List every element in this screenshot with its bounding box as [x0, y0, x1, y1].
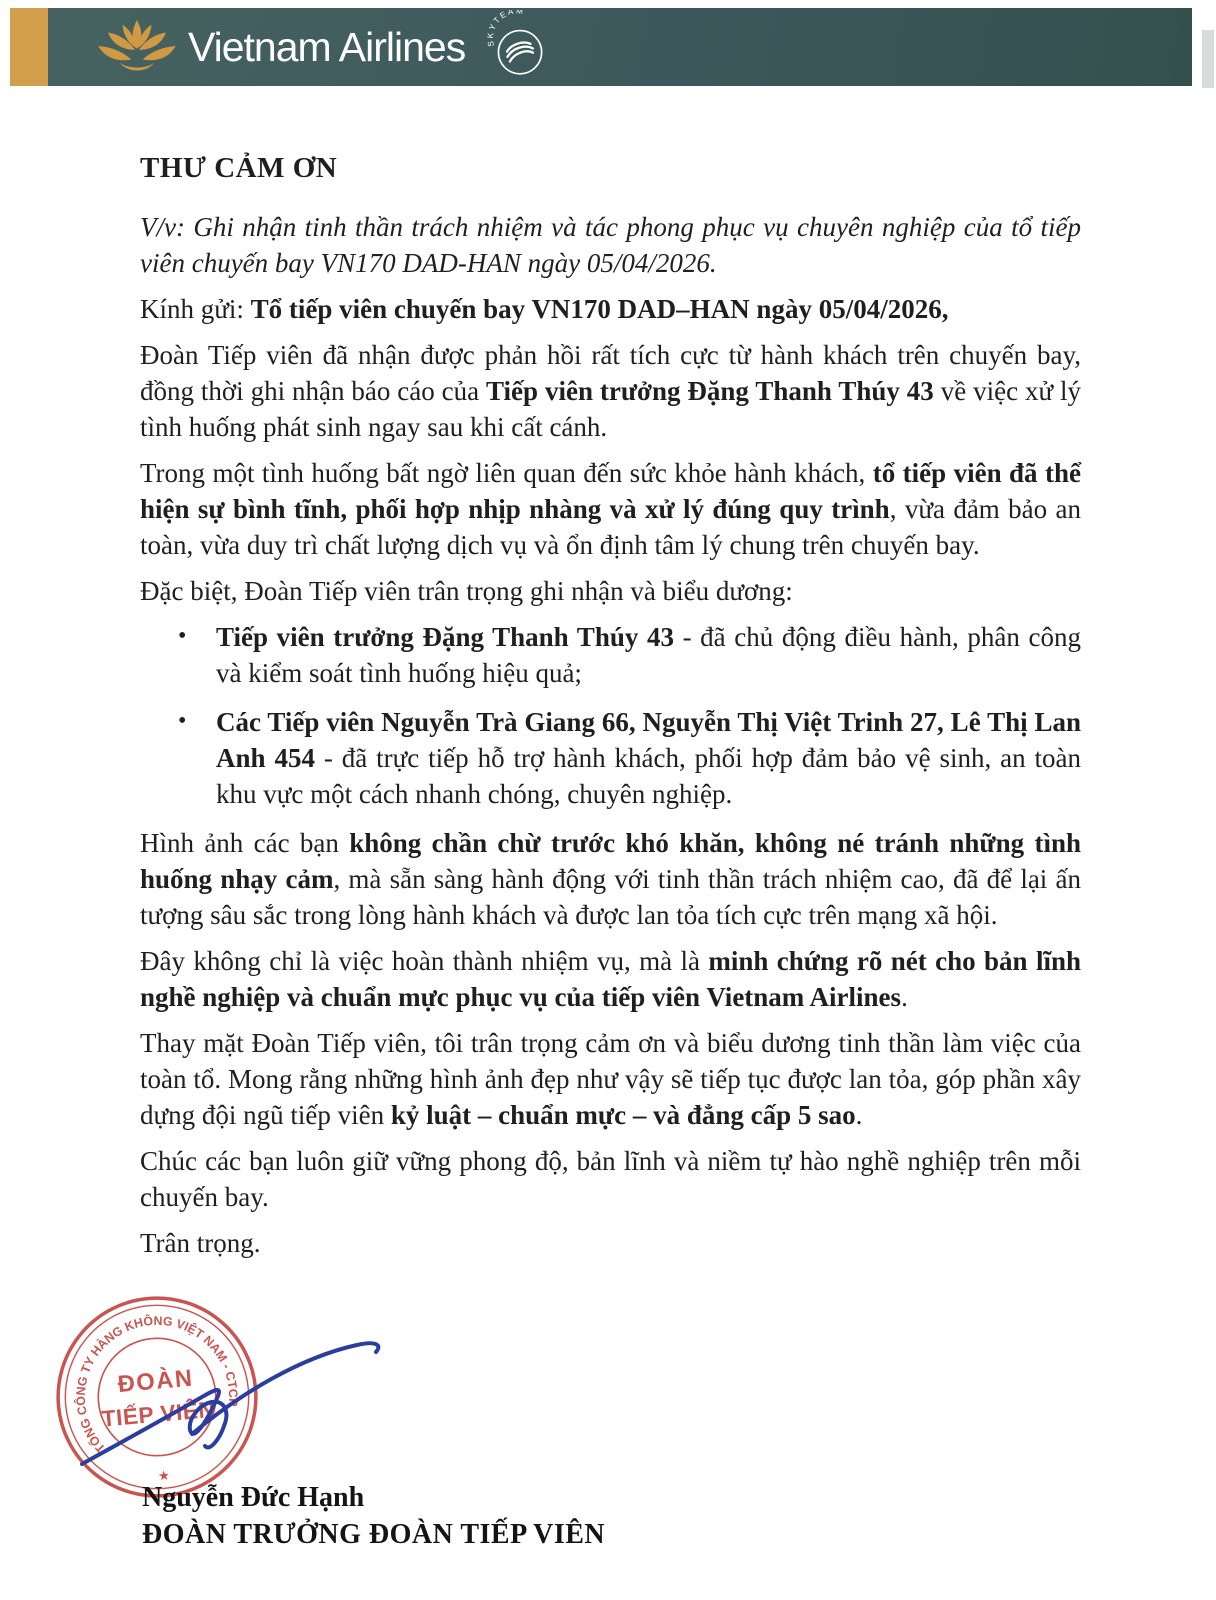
paragraph: Thay mặt Đoàn Tiếp viên, tôi trân trọng … — [140, 1025, 1081, 1133]
paragraph: Đây không chỉ là việc hoàn thành nhiệm v… — [140, 943, 1081, 1015]
text-segment: V/v: Ghi nhận tinh thần trách nhiệm và t… — [140, 212, 1081, 278]
paragraph: Đặc biệt, Đoàn Tiếp viên trân trọng ghi … — [140, 573, 1081, 609]
skyteam-arc-text: SKYTEAM — [486, 10, 526, 47]
text-segment: Hình ảnh các bạn — [140, 828, 349, 858]
bullet-marker-icon: • — [178, 618, 186, 654]
letter-body: THƯ CẢM ƠN V/v: Ghi nhận tinh thần trách… — [140, 152, 1081, 1271]
header-bar-inner: Vietnam Airlines SKYTEAM — [48, 8, 1192, 86]
text-segment: - đã trực tiếp hỗ trợ hành khách, phối h… — [216, 743, 1081, 809]
subject-line: V/v: Ghi nhận tinh thần trách nhiệm và t… — [140, 209, 1081, 281]
scan-edge-artifact — [1202, 30, 1214, 88]
signature-ink — [62, 1312, 402, 1472]
text-segment: Chúc các bạn luôn giữ vững phong độ, bản… — [140, 1146, 1081, 1212]
closing: Trân trọng. — [140, 1225, 1081, 1261]
signer-title: ĐOÀN TRƯỞNG ĐOÀN TIẾP VIÊN — [142, 1516, 605, 1554]
paragraph: Hình ảnh các bạn không chần chừ trước kh… — [140, 825, 1081, 933]
brand-wordmark: Vietnam Airlines — [188, 24, 465, 71]
text-segment: Trân trọng. — [140, 1228, 261, 1258]
text-segment: . — [901, 982, 908, 1012]
gold-stripe — [10, 8, 48, 86]
bullet-marker-icon: • — [178, 703, 186, 739]
bullet-item: •Tiếp viên trưởng Đặng Thanh Thúy 43 - đ… — [216, 619, 1081, 691]
letter-title: THƯ CẢM ƠN — [140, 152, 1081, 185]
signer-name: Nguyễn Đức Hạnh — [142, 1480, 605, 1516]
text-segment: . — [856, 1100, 863, 1130]
text-segment: Trong một tình huống bất ngờ liên quan đ… — [140, 458, 873, 488]
paragraph: Chúc các bạn luôn giữ vững phong độ, bản… — [140, 1143, 1081, 1215]
text-segment: Đặc biệt, Đoàn Tiếp viên trân trọng ghi … — [140, 576, 793, 606]
salutation: Kính gửi: Tổ tiếp viên chuyến bay VN170 … — [140, 291, 1081, 327]
skyteam-logo-icon: SKYTEAM — [483, 10, 555, 82]
header-bar: Vietnam Airlines SKYTEAM — [10, 8, 1192, 86]
letter-blocks: V/v: Ghi nhận tinh thần trách nhiệm và t… — [140, 209, 1081, 1261]
text-segment: Kính gửi: — [140, 294, 251, 324]
text-segment: Tiếp viên trưởng Đặng Thanh Thúy 43 — [216, 622, 674, 652]
signer-block: Nguyễn Đức Hạnh ĐOÀN TRƯỞNG ĐOÀN TIẾP VI… — [142, 1480, 605, 1554]
text-segment: Đây không chỉ là việc hoàn thành nhiệm v… — [140, 946, 708, 976]
letter-page: Vietnam Airlines SKYTEAM THƯ CẢM ƠN V/v:… — [0, 0, 1216, 1600]
text-segment: Tổ tiếp viên chuyến bay VN170 DAD–HAN ng… — [251, 294, 949, 324]
bullet-list: •Tiếp viên trưởng Đặng Thanh Thúy 43 - đ… — [140, 619, 1081, 812]
bullet-item: •Các Tiếp viên Nguyễn Trà Giang 66, Nguy… — [216, 704, 1081, 812]
lotus-logo-icon — [94, 19, 180, 75]
text-segment: kỷ luật – chuẩn mực – và đẳng cấp 5 sao — [391, 1100, 856, 1130]
paragraph: Trong một tình huống bất ngờ liên quan đ… — [140, 455, 1081, 563]
paragraph: Đoàn Tiếp viên đã nhận được phản hồi rất… — [140, 337, 1081, 445]
text-segment: Tiếp viên trưởng Đặng Thanh Thúy 43 — [486, 376, 934, 406]
